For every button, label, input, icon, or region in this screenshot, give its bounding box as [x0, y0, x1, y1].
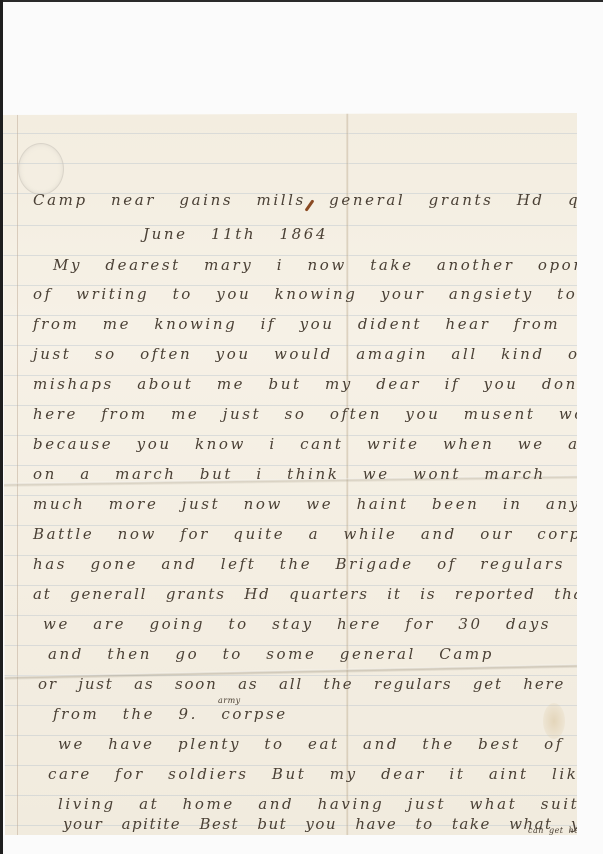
embossed-seal — [18, 143, 64, 195]
scan-border-top — [0, 0, 603, 2]
final-line-continuation: can get here — [528, 826, 589, 835]
letter-line: has gone and left the Brigade of regular… — [33, 555, 565, 573]
letter-line: because you know i cant write when we ar… — [33, 435, 601, 453]
letter-line: and then go to some general Camp — [48, 645, 494, 663]
heading-date: June 11th 1864 — [143, 225, 328, 243]
letter-line: your apitite Best but you have to take w… — [63, 815, 603, 833]
letter-line: much more just now we haint been in any — [33, 495, 581, 513]
letter-line: we are going to stay here for 30 days — [43, 615, 551, 633]
letter-line: at generall grants Hd quarters it is rep… — [33, 585, 592, 603]
letter-line: Battle now for quite a while and our cor… — [33, 525, 603, 543]
paper-stain — [543, 703, 565, 739]
scan-border-left — [0, 0, 3, 854]
margin-line — [17, 113, 18, 835]
letter-line: on a march but i think we wont march — [33, 465, 546, 483]
heading-place: Camp near gains mills general grants Hd … — [33, 191, 603, 209]
letter-page: Camp near gains mills general grants Hd … — [3, 113, 577, 835]
letter-line: care for soldiers But my dear it aint li… — [48, 765, 590, 783]
letter-line: mishaps about me but my dear if you dont — [33, 375, 587, 393]
letter-line: of writing to you knowing your angsiety … — [33, 285, 603, 303]
letter-line: here from me just so often you musent wo… — [33, 405, 603, 423]
letter-line: My dearest mary i now take another oport… — [53, 256, 603, 274]
letter-line: from me knowing if you dident hear from … — [33, 315, 603, 333]
letter-line: just so often you would amagin all kind … — [33, 345, 588, 363]
letter-line: from the 9. corpse — [53, 705, 288, 723]
letter-line: or just as soon as all the regulars get … — [38, 675, 565, 693]
letter-line: we have plenty to eat and the best of — [58, 735, 564, 753]
letter-line: living at home and having just what suit… — [58, 795, 590, 813]
interlinear-insert: army — [218, 696, 241, 705]
